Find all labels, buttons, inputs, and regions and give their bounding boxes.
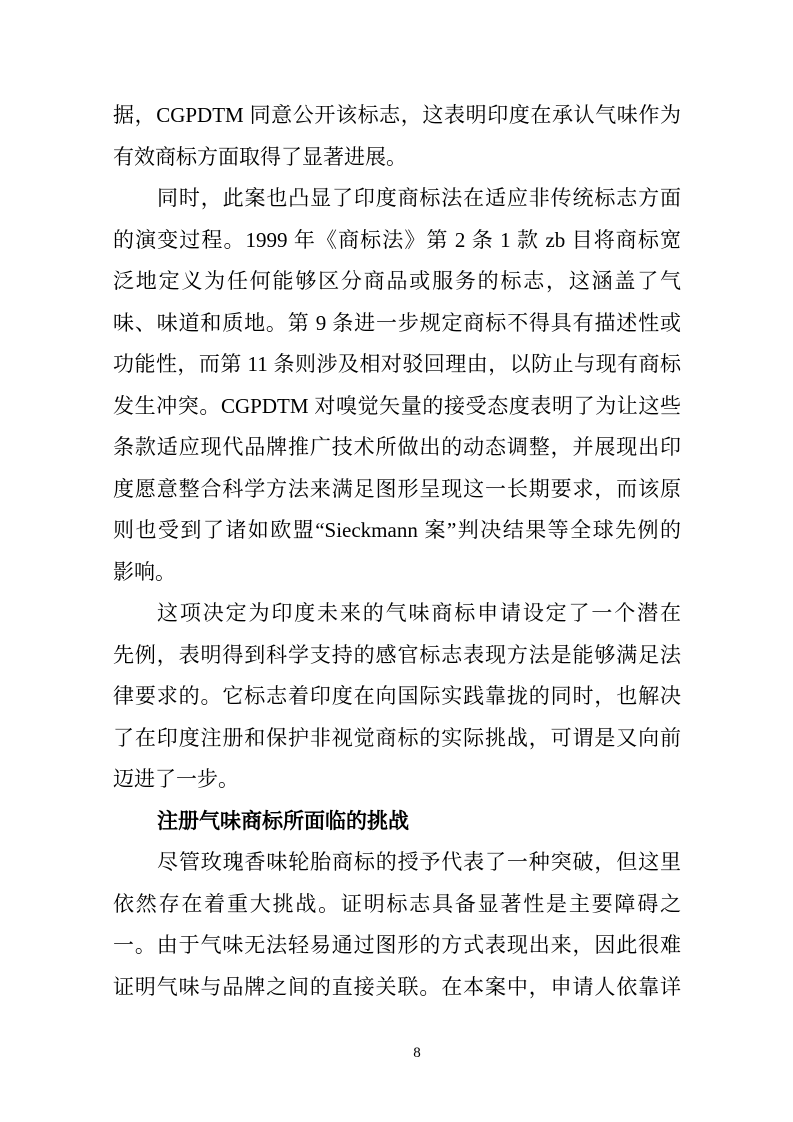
text-line: 泛地定义为任何能够区分商品或服务的标志，这涵盖了气 xyxy=(113,261,681,303)
text-line: 度愿意整合科学方法来满足图形呈现这一长期要求，而该原 xyxy=(113,469,681,511)
text-line: 一。由于气味无法轻易通过图形的方式表现出来，因此很难 xyxy=(113,925,681,967)
text-line: 则也受到了诸如欧盟“Sieckmann 案”判决结果等全球先例的 xyxy=(113,510,681,552)
text-line: 有效商标方面取得了显著进展。 xyxy=(113,137,681,179)
document-page: 据，CGPDTM 同意公开该标志，这表明印度在承认气味作为 有效商标方面取得了显… xyxy=(0,0,793,1122)
section-heading: 注册气味商标所面临的挑战 xyxy=(113,801,681,843)
text-line: 味、味道和质地。第 9 条进一步规定商标不得具有描述性或 xyxy=(113,303,681,345)
text-line: 律要求的。它标志着印度在向国际实践靠拢的同时，也解决 xyxy=(113,676,681,718)
text-line: 迈进了一步。 xyxy=(113,759,681,801)
text-line: 影响。 xyxy=(113,552,681,594)
text-line: 这项决定为印度未来的气味商标申请设定了一个潜在 xyxy=(113,593,681,635)
text-line: 发生冲突。CGPDTM 对嗅觉矢量的接受态度表明了为让这些 xyxy=(113,386,681,428)
text-line: 同时，此案也凸显了印度商标法在适应非传统标志方面 xyxy=(113,178,681,220)
text-line: 先例，表明得到科学支持的感官标志表现方法是能够满足法 xyxy=(113,635,681,677)
text-line: 依然存在着重大挑战。证明标志具备显著性是主要障碍之 xyxy=(113,884,681,926)
text-line: 证明气味与品牌之间的直接关联。在本案中，申请人依靠详 xyxy=(113,967,681,1009)
text-line: 的演变过程。1999 年《商标法》第 2 条 1 款 zb 目将商标宽 xyxy=(113,220,681,262)
text-line: 功能性，而第 11 条则涉及相对驳回理由，以防止与现有商标 xyxy=(113,344,681,386)
text-line: 条款适应现代品牌推广技术所做出的动态调整，并展现出印 xyxy=(113,427,681,469)
text-line: 了在印度注册和保护非视觉商标的实际挑战，可谓是又向前 xyxy=(113,718,681,760)
text-line: 据，CGPDTM 同意公开该标志，这表明印度在承认气味作为 xyxy=(113,95,681,137)
text-line: 尽管玫瑰香味轮胎商标的授予代表了一种突破，但这里 xyxy=(113,842,681,884)
page-number: 8 xyxy=(0,1044,793,1062)
document-body: 据，CGPDTM 同意公开该标志，这表明印度在承认气味作为 有效商标方面取得了显… xyxy=(113,95,681,1008)
